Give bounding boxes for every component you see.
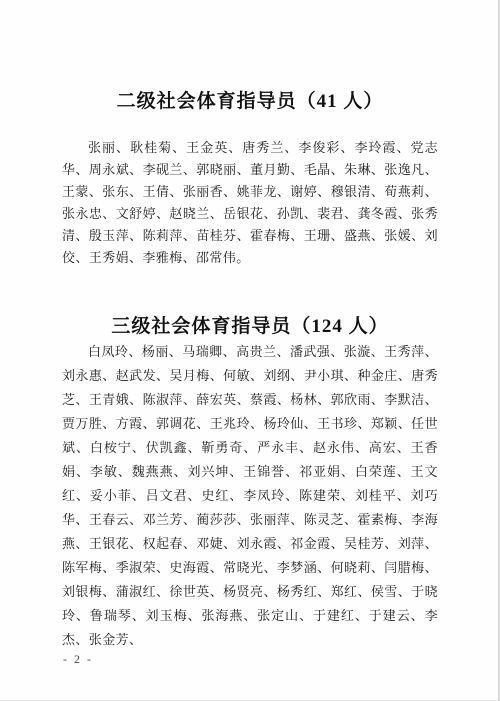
section-heading-level3: 三级社会体育指导员（124 人） (0, 311, 500, 338)
names-list-level2: 张丽、耿桂菊、王金英、唐秀兰、李俊彩、李玲霞、党志华、周永斌、李砚兰、郭晓丽、董… (62, 137, 438, 269)
section-heading-level2: 二级社会体育指导员（41 人） (0, 86, 500, 113)
names-list-level3: 白凤玲、杨丽、马瑞卿、高贵兰、潘武强、张漩、王秀萍、刘永惠、赵武发、吴月梅、何敏… (62, 340, 438, 652)
page-number: - 2 - (63, 652, 93, 667)
document-page: 二级社会体育指导员（41 人） 张丽、耿桂菊、王金英、唐秀兰、李俊彩、李玲霞、党… (0, 0, 500, 701)
